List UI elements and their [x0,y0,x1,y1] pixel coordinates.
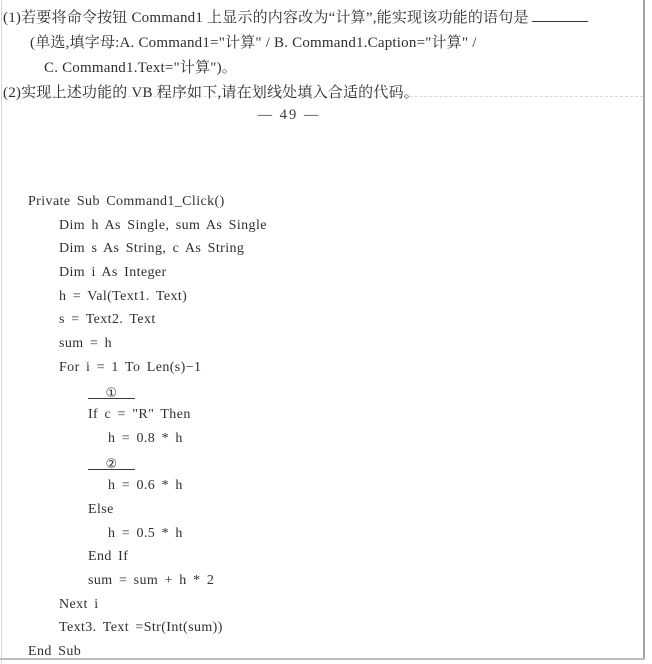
question-line-1: (1)若要将命令按钮 Command1 上显示的内容改为“计算”,能实现该功能的… [3,6,588,27]
code-line: If c = "R" Then [0,403,652,427]
code-line: Dim h As Single, sum As Single [0,214,652,238]
code-line: h = 0.8 * h [0,427,652,451]
question-line-1-text: (1)若要将命令按钮 Command1 上显示的内容改为“计算”,能实现该功能的… [3,10,529,26]
code-line: h = Val(Text1. Text) [0,285,652,309]
code-line: s = Text2. Text [0,308,652,332]
code-line: h = 0.5 * h [0,522,652,546]
circled-number-2-icon: ② [105,457,117,473]
scanned-worksheet-page: (1)若要将命令按钮 Command1 上显示的内容改为“计算”,能实现该功能的… [0,0,652,664]
code-line: End If [0,545,652,569]
answer-blank [532,8,588,22]
code-line: Text3. Text =Str(Int(sum)) [0,616,652,640]
code-line: Private Sub Command1_Click() [0,190,652,214]
code-line: Dim s As String, c As String [0,237,652,261]
question-line-3-option-c: C. Command1.Text="计算")。 [44,56,237,77]
question-line-2-options-ab: (单选,填字母:A. Command1="计算" / B. Command1.C… [30,31,477,52]
code-line: sum = sum + h * 2 [0,569,652,593]
code-line: Dim i As Integer [0,261,652,285]
code-fill-blank-1: ① [88,382,135,399]
code-fill-blank-2: ② [88,453,135,470]
code-line: For i = 1 To Len(s)−1 [0,356,652,380]
code-blank-row-1: ① [0,380,652,404]
circled-number-1-icon: ① [105,386,117,402]
code-line: Next i [0,593,652,617]
question-line-4-part2: (2)实现上述功能的 VB 程序如下,请在划线处填入合适的代码。 [3,81,419,102]
code-line: Else [0,498,652,522]
vb-code-listing: Private Sub Command1_Click() Dim h As Si… [0,190,652,664]
code-line: End Sub [0,640,652,664]
code-blank-row-2: ② [0,451,652,475]
code-line: h = 0.6 * h [0,474,652,498]
code-line: sum = h [0,332,652,356]
page-number: — 49 — [0,107,578,124]
